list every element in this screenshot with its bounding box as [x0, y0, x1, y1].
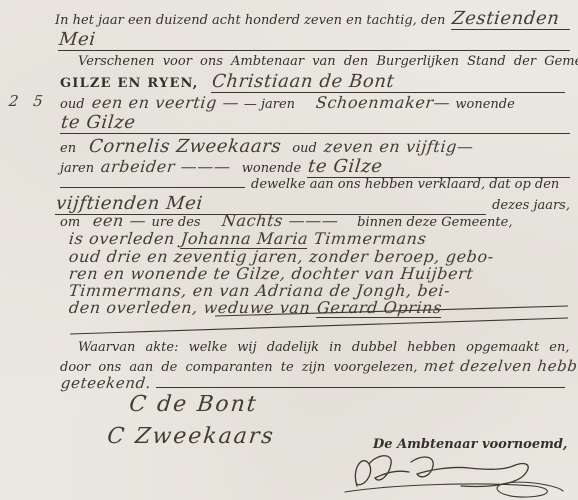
written-deceased-name: Johanna Maria: [180, 229, 309, 249]
strike-through-lines: [0, 300, 578, 340]
blank-rule: [60, 176, 245, 188]
printed-voorgelezen: door ons aan de comparanten te zijn voor…: [60, 360, 417, 375]
written-month: Mei: [58, 29, 97, 50]
written-declarant1-occupation: Schoenmaker—: [315, 93, 451, 112]
declaration-line: dewelke aan ons hebben verklaard, dat op…: [60, 176, 559, 192]
printed-wonende2: wonende: [242, 161, 301, 176]
written-day: Zestienden: [451, 8, 561, 29]
day-blank: Zestienden: [451, 8, 570, 30]
signature-declarant2: C Zweekaars: [106, 424, 273, 449]
written-deceased-surname: Timmermans: [313, 229, 427, 248]
written-declarant1-name: Christiaan de Bont: [211, 71, 396, 92]
printed-om: om: [60, 215, 80, 230]
declarant1-details-line: oud een en veertig — — jaren Schoenmaker…: [60, 93, 515, 112]
blank-rule: [156, 387, 565, 388]
printed-jaren2: jaren: [60, 161, 94, 176]
signature-declarant1: C de Bont: [128, 392, 256, 417]
intro-line: Verschenen voor ons Ambtenaar van den Bu…: [78, 54, 578, 69]
printed-waarvan-akte: Waarvan akte: welke wij dadelijk in dubb…: [78, 340, 578, 355]
written-overleden: is overleden: [68, 229, 176, 248]
declarant1-residence-blank: te Gilze: [60, 112, 570, 134]
written-declarant1-age: een en veertig —: [91, 93, 240, 112]
printed-intro: Verschenen voor ons Ambtenaar van den Bu…: [78, 54, 578, 69]
written-daypart: Nachts ———: [221, 211, 340, 230]
closing-line-3: geteekend.: [60, 374, 565, 392]
written-geteekend: geteekend.: [60, 374, 152, 392]
printed-en: en: [60, 141, 76, 156]
act-number-value: 2 5: [8, 92, 49, 110]
printed-year-text: In het jaar een duizend acht honderd zev…: [55, 13, 445, 28]
written-declarant2-occupation: arbeider ———: [100, 157, 232, 176]
month-blank: Mei: [58, 29, 570, 51]
declarant2-details-line: jaren arbeider ——— wonende te Gilze: [60, 156, 570, 178]
written-signature-1: C de Bont: [128, 392, 259, 417]
written-declarant2-residence: te Gilze: [307, 156, 384, 177]
printed-binnen: binnen deze Gemeente,: [357, 215, 512, 230]
printed-declared: dewelke aan ons hebben verklaard, dat op…: [251, 177, 559, 192]
official-signature: [335, 448, 570, 500]
printed-oud2: oud: [292, 141, 317, 156]
header-year-line: In het jaar een duizend acht honderd zev…: [55, 8, 570, 30]
written-declarant2-age: zeven en vijftig—: [323, 137, 475, 156]
printed-ure-des: ure des: [151, 215, 200, 230]
closing-line-2: door ons aan de comparanten te zijn voor…: [60, 357, 578, 375]
act-number: 2 5: [8, 92, 47, 110]
written-met-dezelven: met dezelven hebben: [423, 357, 578, 375]
header-month-line: Mei: [58, 29, 570, 51]
declarant2-name-line: en Cornelis Zweekaars oud zeven en vijft…: [60, 136, 472, 157]
declarant1-name-line: GILZE EN RYEN, Christiaan de Bont: [60, 71, 565, 93]
death-certificate-scan: 2 5 In het jaar een duizend acht honderd…: [0, 0, 578, 500]
declarant1-residence-line: te Gilze: [60, 112, 570, 134]
municipality-name: GILZE EN RYEN,: [60, 76, 199, 91]
written-hour: een —: [92, 211, 147, 230]
written-signature-2: C Zweekaars: [106, 424, 276, 449]
declarant1-name-blank: Christiaan de Bont: [211, 71, 565, 93]
declarant2-residence-blank: te Gilze: [307, 156, 570, 178]
death-hour-line: om een — ure des Nachts ——— binnen deze …: [60, 211, 512, 230]
printed-wonende: wonende: [455, 97, 514, 112]
printed-jaren: — jaren: [244, 97, 295, 112]
closing-line-1: Waarvan akte: welke wij dadelijk in dubb…: [78, 340, 578, 355]
printed-oud: oud: [60, 97, 85, 112]
written-declarant2-name: Cornelis Zweekaars: [88, 136, 282, 157]
written-declarant1-residence: te Gilze: [60, 112, 137, 133]
deceased-line-1: is overleden Johanna Maria Timmermans: [68, 229, 426, 249]
